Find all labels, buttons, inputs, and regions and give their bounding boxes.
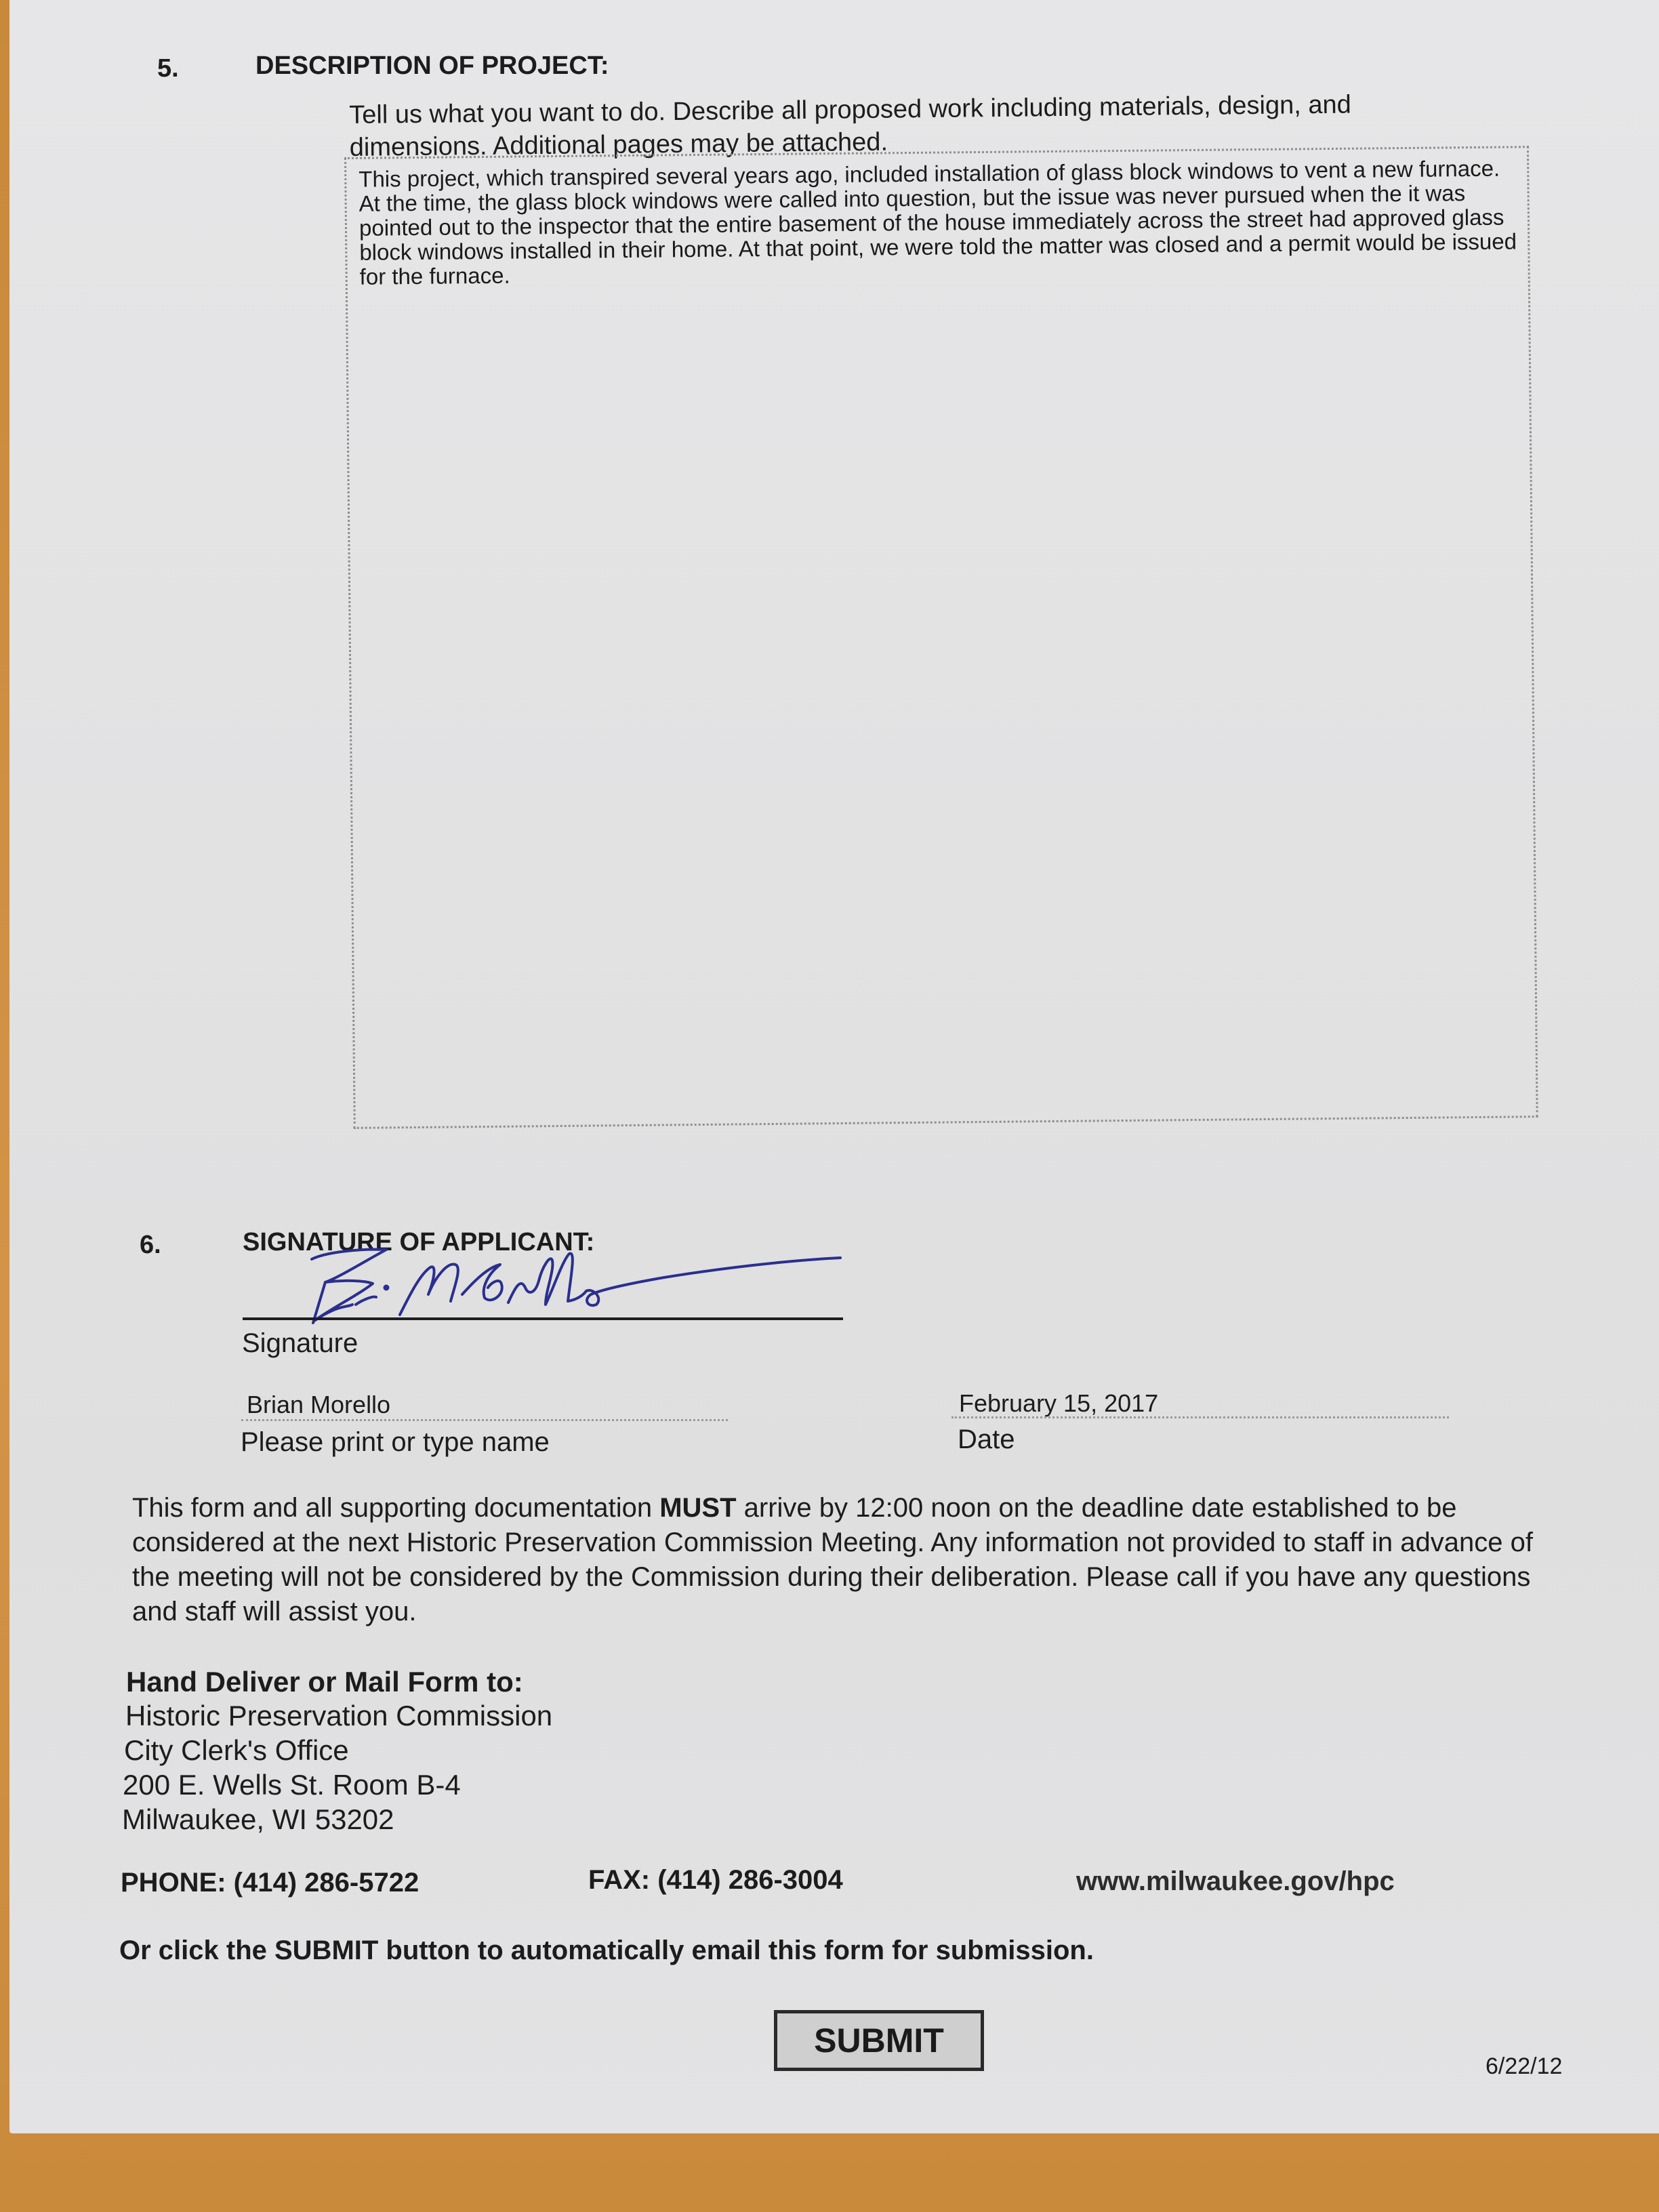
mailing-line-4: Milwaukee, WI 53202 [122, 1802, 394, 1837]
deadline-notice: This form and all supporting documentati… [132, 1491, 1576, 1629]
notice-emphasis: MUST [659, 1493, 736, 1523]
fax-number: FAX: (414) 286-3004 [588, 1865, 843, 1896]
signature-line [243, 1317, 843, 1320]
section-5-number: 5. [157, 54, 179, 83]
section-5-title: DESCRIPTION OF PROJECT: [255, 52, 609, 81]
mailing-heading: Hand Deliver or Mail Form to: [126, 1664, 523, 1699]
date-label: Date [958, 1425, 1015, 1455]
project-description-field[interactable]: This project, which transpired several y… [344, 146, 1538, 1129]
website-link[interactable]: www.milwaukee.gov/hpc [1076, 1866, 1395, 1897]
section-6-number: 6. [140, 1231, 161, 1260]
handwritten-signature[interactable] [285, 1240, 895, 1335]
notice-text-start: This form and all supporting documentati… [132, 1493, 659, 1523]
applicant-name-value[interactable]: Brian Morello [247, 1391, 390, 1419]
mailing-line-2: City Clerk's Office [124, 1733, 349, 1767]
signature-label: Signature [242, 1328, 358, 1359]
project-description-value[interactable]: This project, which transpired several y… [359, 156, 1526, 1102]
date-field-line [951, 1416, 1449, 1418]
mailing-line-3: 200 E. Wells St. Room B-4 [123, 1767, 461, 1802]
name-field-line [241, 1419, 728, 1421]
form-revision-date: 6/22/12 [1486, 2053, 1562, 2080]
mailing-line-1: Historic Preservation Commission [125, 1698, 552, 1733]
date-value[interactable]: February 15, 2017 [959, 1389, 1158, 1418]
name-label: Please print or type name [241, 1427, 550, 1458]
submit-button[interactable]: SUBMIT [774, 2010, 984, 2071]
phone-number: PHONE: (414) 286-5722 [121, 1868, 419, 1898]
submit-instruction: Or click the SUBMIT button to automatica… [119, 1935, 1094, 1966]
